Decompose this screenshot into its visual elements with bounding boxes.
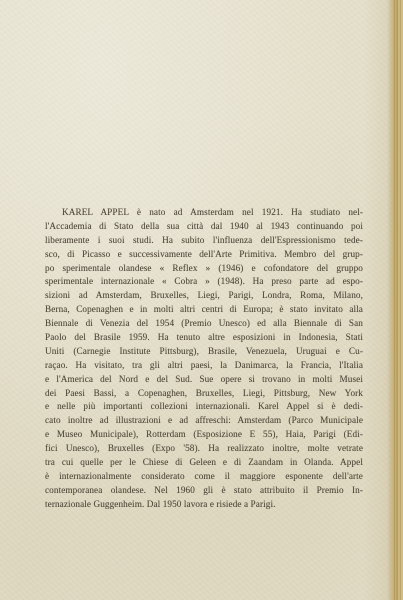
text-line: Uniti (Carnegie Institute Pittsburg), Br… xyxy=(45,345,363,359)
text-line: tra cui quelle per le Chiese di Geleen e… xyxy=(45,456,363,470)
text-line: liberamente i suoi studi. Ha subito l'in… xyxy=(45,234,363,248)
text-line: e nelle più importanti collezioni intern… xyxy=(45,400,363,414)
text-line: dei Paesi Bassi, a Copenaghen, Bruxelles… xyxy=(45,387,363,401)
text-line: l'Accademia di Stato della sua città dal… xyxy=(45,220,363,234)
text-line: Berna, Copenaghen e in molti altri centr… xyxy=(45,303,363,317)
text-line: fici Unesco), Bruxelles (Expo '58). Ha r… xyxy=(45,442,363,456)
text-line: sizioni ad Amsterdam, Bruxelles, Liegi, … xyxy=(45,289,363,303)
page-edge-streaks xyxy=(394,0,403,600)
text-line: sperimentale internazionale « Cobra » (1… xyxy=(45,275,363,289)
text-line: raçao. Ha visitato, tra gli altri paesi,… xyxy=(45,359,363,373)
text-line: e Museo Municipale), Rotterdam (Esposizi… xyxy=(45,428,363,442)
biography-paragraph: KAREL APPEL è nato ad Amsterdam nel 1921… xyxy=(45,206,363,512)
book-page: KAREL APPEL è nato ad Amsterdam nel 1921… xyxy=(0,0,403,600)
text-line: ternazionale Guggenheim. Dal 1950 lavora… xyxy=(45,498,363,512)
text-line: po sperimentale olandese « Reflex » (194… xyxy=(45,262,363,276)
text-line: contemporanea olandese. Nel 1960 gli è s… xyxy=(45,484,363,498)
text-line: sco, di Picasso e successivamente dell'A… xyxy=(45,248,363,262)
text-line: cato inoltre ad illustrazioni e ad affre… xyxy=(45,414,363,428)
text-line: è internazionalmente considerato come il… xyxy=(45,470,363,484)
text-line: Biennale di Venezia del 1954 (Premio Une… xyxy=(45,317,363,331)
text-line: e l'America del Nord e del Sud. Sue oper… xyxy=(45,373,363,387)
text-line: Paolo del Brasile 1959. Ha tenuto altre … xyxy=(45,331,363,345)
text-line: KAREL APPEL è nato ad Amsterdam nel 1921… xyxy=(45,206,363,220)
